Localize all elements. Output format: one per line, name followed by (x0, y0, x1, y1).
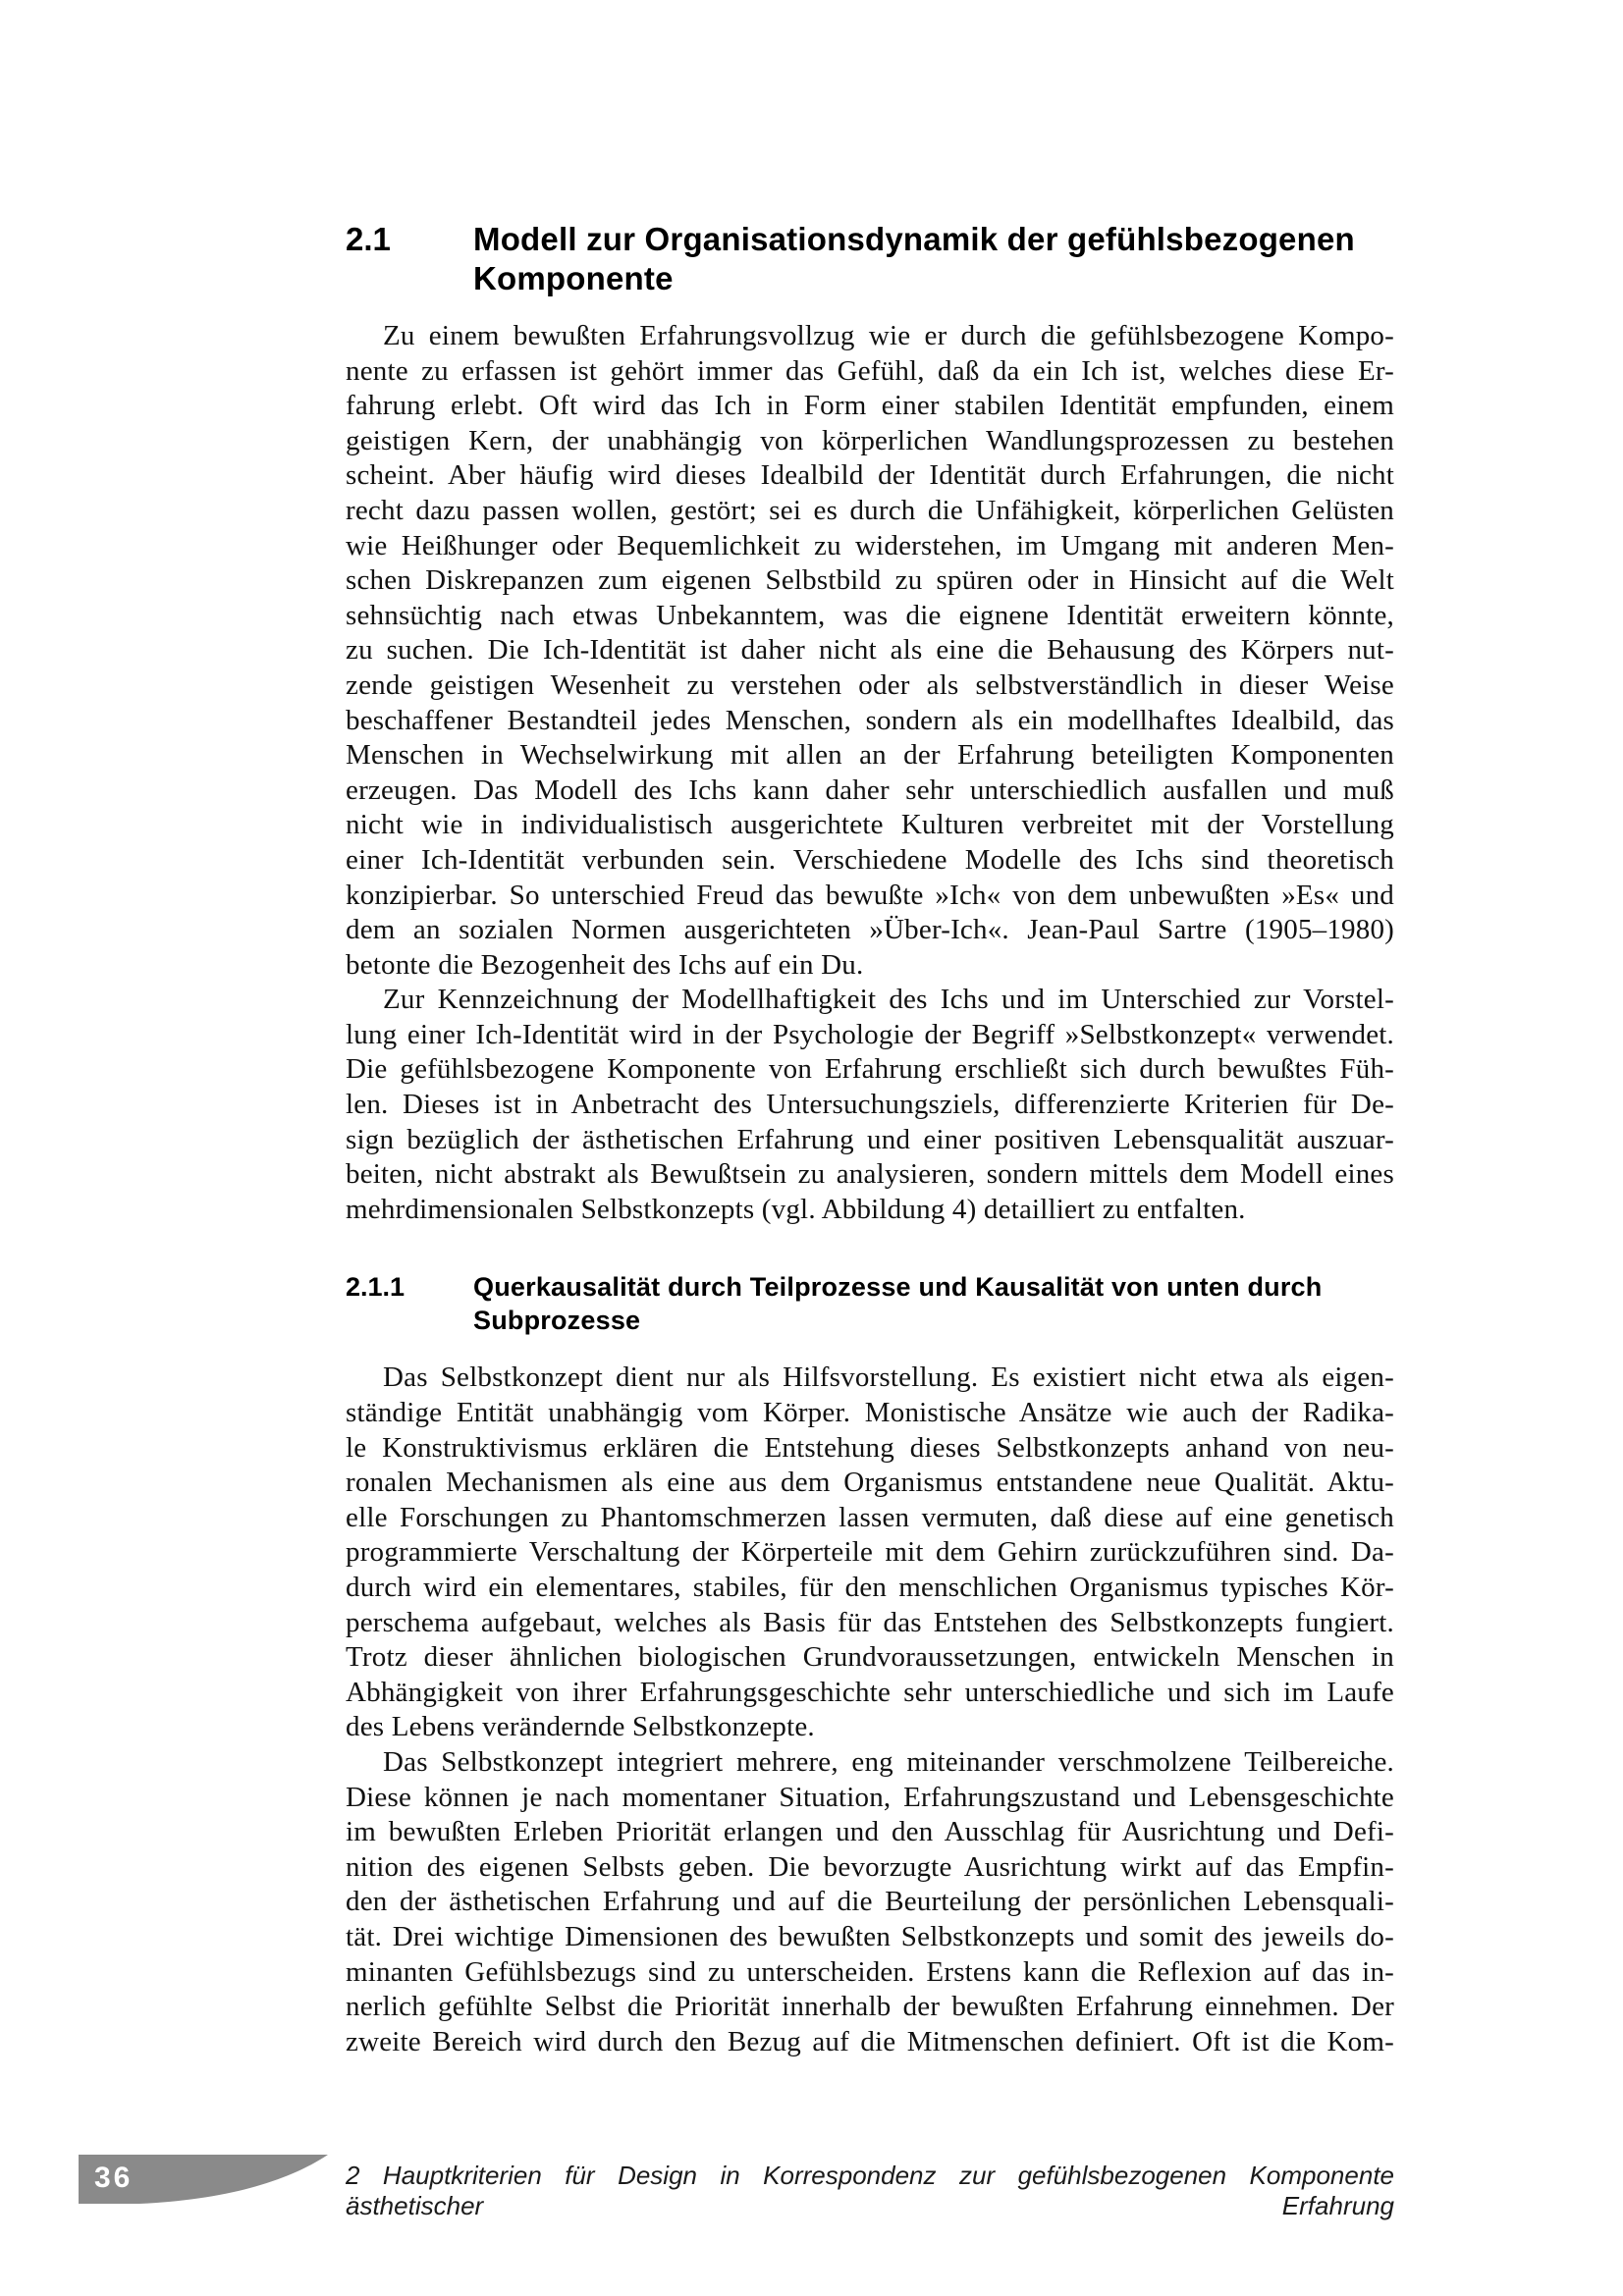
text-line: nition des eigenen Selbsts geben. Die be… (346, 1850, 1394, 1886)
section-heading: 2.1 Modell zur Organisationsdynamik der … (346, 220, 1394, 298)
text-line: den der ästhetischen Erfahrung und auf d… (346, 1885, 1394, 1920)
document-page: 2.1 Modell zur Organisationsdynamik der … (0, 0, 1623, 2296)
text-line: Abhängigkeit von ihrer Erfahrungsgeschic… (346, 1676, 1394, 1711)
text-line: perschema aufgebaut, welches als Basis f… (346, 1606, 1394, 1641)
text-line: ronalen Mechanismen als eine aus dem Org… (346, 1466, 1394, 1501)
text-line: beschaffener Bestandteil jedes Menschen,… (346, 704, 1394, 739)
text-line: durch wird ein elementares, stabiles, fü… (346, 1571, 1394, 1606)
text-line: minanten Gefühlsbezugs sind zu untersche… (346, 1955, 1394, 1991)
paragraph: Zu einem bewußten Erfahrungsvollzug wie … (346, 319, 1394, 983)
subsection-title: Querkausalität durch Teilprozesse und Ka… (473, 1270, 1394, 1337)
text-line: im bewußten Erleben Priorität erlangen u… (346, 1815, 1394, 1850)
text-line: lung einer Ich-Identität wird in der Psy… (346, 1018, 1394, 1053)
text-line: sehnsüchtig nach etwas Unbekanntem, was … (346, 599, 1394, 634)
text-line: wie Heißhunger oder Bequemlichkeit zu wi… (346, 529, 1394, 564)
text-line: dem an sozialen Normen ausgerichteten »Ü… (346, 913, 1394, 948)
text-line: ständige Entität unabhängig vom Körper. … (346, 1396, 1394, 1431)
text-line: nicht wie in individualistisch ausgerich… (346, 808, 1394, 843)
text-line: Zur Kennzeichnung der Modellhaftigkeit d… (346, 983, 1394, 1018)
paragraph: Das Selbstkonzept integriert mehrere, en… (346, 1745, 1394, 2059)
text-line: Diese können je nach momentaner Situatio… (346, 1781, 1394, 1816)
section-title: Modell zur Organisationsdynamik der gefü… (473, 220, 1394, 298)
text-line: Trotz dieser ähnlichen biologischen Grun… (346, 1640, 1394, 1676)
text-line: einer Ich-Identität verbunden sein. Vers… (346, 843, 1394, 879)
text-line: nerlich gefühlte Selbst die Priorität in… (346, 1990, 1394, 2025)
text-line: le Konstruktivismus erklären die Entsteh… (346, 1431, 1394, 1467)
subsection-heading: 2.1.1 Querkausalität durch Teilprozesse … (346, 1270, 1394, 1337)
text-line: recht dazu passen wollen, gestört; sei e… (346, 494, 1394, 529)
text-line: sign bezüglich der ästhetischen Erfahrun… (346, 1123, 1394, 1158)
paragraph: Zur Kennzeichnung der Modellhaftigkeit d… (346, 983, 1394, 1227)
text-line: beiten, nicht abstrakt als Bewußtsein zu… (346, 1157, 1394, 1193)
text-line: Die gefühlsbezogene Komponente von Erfah… (346, 1052, 1394, 1088)
page-number-bar: 36 (79, 2155, 330, 2204)
text-line: zende geistigen Wesenheit zu verstehen o… (346, 668, 1394, 704)
text-line: schen Diskrepanzen zum eigenen Selbstbil… (346, 563, 1394, 599)
text-line: zu suchen. Die Ich-Identität ist daher n… (346, 633, 1394, 668)
text-line: elle Forschungen zu Phantomschmerzen las… (346, 1501, 1394, 1536)
text-line: nente zu erfassen ist gehört immer das G… (346, 354, 1394, 390)
text-line: Zu einem bewußten Erfahrungsvollzug wie … (346, 319, 1394, 354)
text-line: konzipierbar. So unterschied Freud das b… (346, 879, 1394, 914)
text-line: scheint. Aber häufig wird dieses Idealbi… (346, 458, 1394, 494)
text-line: fahrung erlebt. Oft wird das Ich in Form… (346, 389, 1394, 424)
text-line: des Lebens verändernde Selbstkonzepte. (346, 1710, 1394, 1745)
text-line: programmierte Verschaltung der Körpertei… (346, 1535, 1394, 1571)
text-line: Das Selbstkonzept dient nur als Hilfsvor… (346, 1361, 1394, 1396)
page-number: 36 (94, 2162, 133, 2195)
text-line: zweite Bereich wird durch den Bezug auf … (346, 2025, 1394, 2060)
paragraph: Das Selbstkonzept dient nur als Hilfsvor… (346, 1361, 1394, 1745)
text-line: betonte die Bezogenheit des Ichs auf ein… (346, 948, 1394, 984)
section-number: 2.1 (346, 220, 473, 259)
running-title: 2 Hauptkriterien für Design in Korrespon… (346, 2161, 1394, 2221)
page-footer: 36 2 Hauptkriterien für Design in Korres… (0, 2153, 1623, 2212)
text-column: 2.1 Modell zur Organisationsdynamik der … (346, 220, 1394, 2059)
subsection-paragraphs: Das Selbstkonzept dient nur als Hilfsvor… (346, 1361, 1394, 2059)
text-line: tät. Drei wichtige Dimensionen des bewuß… (346, 1920, 1394, 1955)
text-line: erzeugen. Das Modell des Ichs kann daher… (346, 774, 1394, 809)
text-line: mehrdimensionalen Selbstkonzepts (vgl. A… (346, 1193, 1394, 1228)
text-line: geistigen Kern, der unabhängig von körpe… (346, 424, 1394, 459)
text-line: len. Dieses ist in Anbetracht des Unters… (346, 1088, 1394, 1123)
text-line: Menschen in Wechselwirkung mit allen an … (346, 738, 1394, 774)
section-paragraphs: Zu einem bewußten Erfahrungsvollzug wie … (346, 319, 1394, 1227)
subsection-number: 2.1.1 (346, 1270, 473, 1304)
text-line: Das Selbstkonzept integriert mehrere, en… (346, 1745, 1394, 1781)
